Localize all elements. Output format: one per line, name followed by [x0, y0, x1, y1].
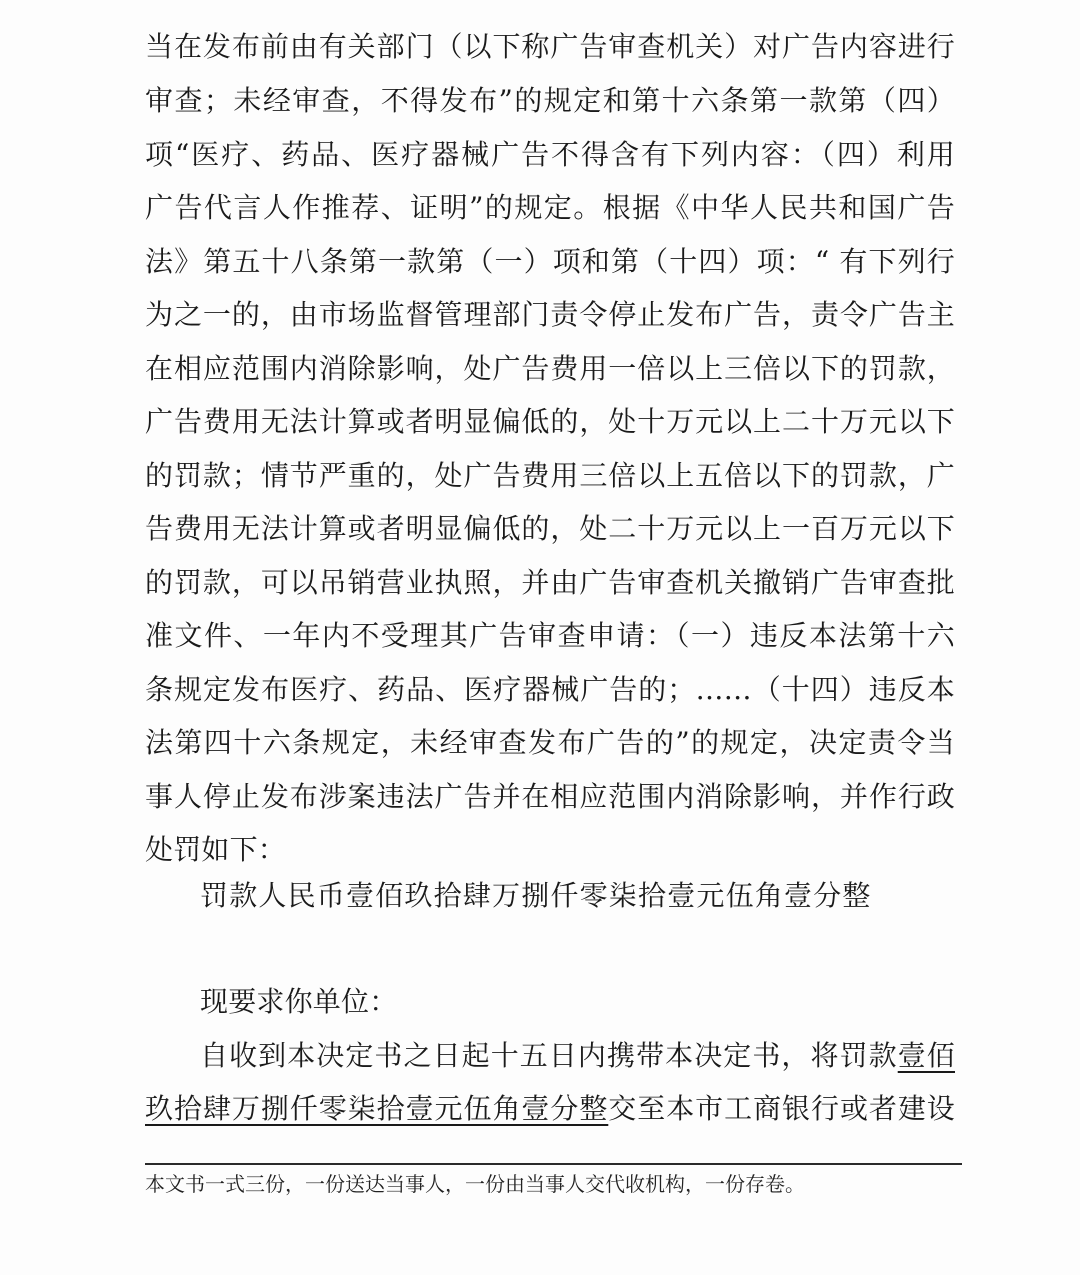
- requirement-heading: 现要求你单位：: [200, 985, 955, 1019]
- instruction-line-1: 自收到本决定书之日起十五日内携带本决定书，将罚款壹佰: [200, 1039, 955, 1073]
- instruction-line-2: 玖拾肆万捌仟零柒拾壹元伍角壹分整交至本市工商银行或者建设: [145, 1092, 955, 1126]
- body-line-14: 法第四十六条规定，未经审查发布广告的”的规定，决定责令当: [145, 726, 955, 760]
- body-line-3: 项“医疗、药品、医疗器械广告不得含有下列内容：（四）利用: [145, 138, 955, 172]
- body-line-15: 事人停止发布涉案违法广告并在相应范围内消除影响，并作行政: [145, 780, 955, 814]
- body-line-11: 的罚款，可以吊销营业执照，并由广告审查机关撤销广告审查批: [145, 566, 955, 600]
- footer-note: 本文书一式三份，一份送达当事人，一份由当事人交代收机构，一份存卷。: [145, 1170, 805, 1198]
- body-line-9: 的罚款；情节严重的，处广告费用三倍以上五倍以下的罚款，广: [145, 459, 955, 493]
- instruction-suffix: 交至本市工商银行或者建设: [608, 1092, 955, 1125]
- instruction-prefix: 自收到本决定书之日起十五日内携带本决定书，将罚款: [200, 1039, 898, 1072]
- penalty-amount-line: 罚款人民币壹佰玖拾肆万捌仟零柒拾壹元伍角壹分整: [200, 879, 955, 913]
- body-line-1: 当在发布前由有关部门（以下称广告审查机关）对广告内容进行: [145, 30, 955, 64]
- body-line-6: 为之一的，由市场监督管理部门责令停止发布广告，责令广告主: [145, 298, 955, 332]
- body-line-5: 法》第五十八条第一款第（一）项和第（十四）项：“ 有下列行: [145, 245, 955, 279]
- body-line-4: 广告代言人作推荐、证明”的规定。根据《中华人民共和国广告: [145, 191, 955, 225]
- body-line-7: 在相应范围内消除影响，处广告费用一倍以上三倍以下的罚款，: [145, 352, 955, 386]
- body-line-2: 审查；未经审查，不得发布”的规定和第十六条第一款第（四）: [145, 84, 955, 118]
- footer-divider: [145, 1163, 962, 1165]
- body-line-12: 准文件、一年内不受理其广告审查申请：（一）违反本法第十六: [145, 619, 955, 653]
- body-line-13: 条规定发布医疗、药品、医疗器械广告的；……（十四）违反本: [145, 673, 955, 707]
- document-page: 当在发布前由有关部门（以下称广告审查机关）对广告内容进行 审查；未经审查，不得发…: [0, 0, 1080, 1275]
- body-line-10: 告费用无法计算或者明显偏低的，处二十万元以上一百万元以下: [145, 512, 955, 546]
- body-line-8: 广告费用无法计算或者明显偏低的，处十万元以上二十万元以下: [145, 405, 955, 439]
- fine-amount-underlined-part2: 玖拾肆万捌仟零柒拾壹元伍角壹分整: [145, 1092, 608, 1125]
- body-line-16: 处罚如下：: [145, 833, 955, 867]
- fine-amount-underlined-part1: 壹佰: [898, 1039, 955, 1072]
